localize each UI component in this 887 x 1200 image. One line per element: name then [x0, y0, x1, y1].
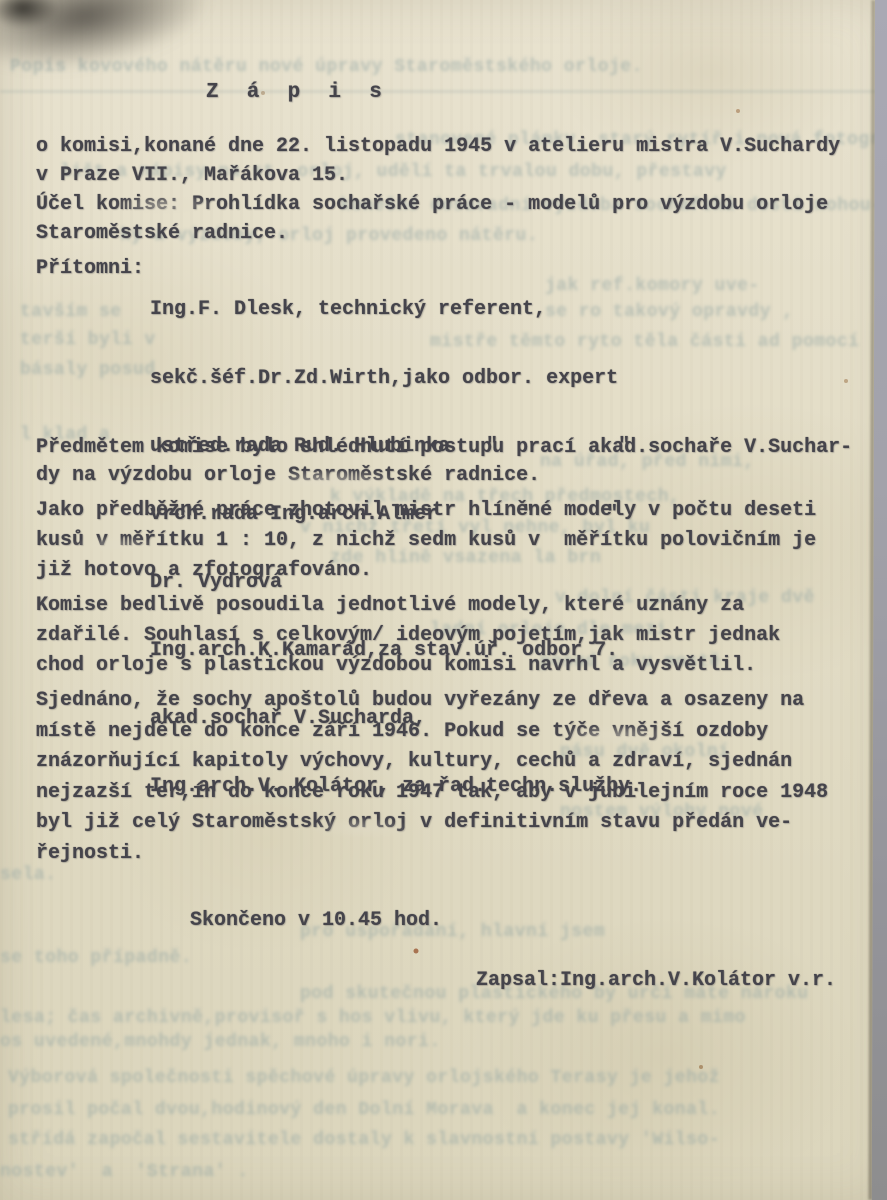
attendees-label: Přítomni: [36, 254, 144, 284]
ghost-bleedthrough-line: Výborová společnosti spěchové úpravy orl… [8, 1068, 720, 1088]
paragraph-subject: Předmětem komise bylo shlédnutí postupu … [36, 434, 876, 490]
ghost-bleedthrough-line: nostev' a 'Strana' . [0, 1162, 249, 1182]
ghost-bleedthrough-line: střídá započal sestavitele dostaly k sla… [8, 1130, 720, 1150]
ghost-rule [0, 90, 887, 93]
ghost-bleedthrough-line: Popis kovového nátěru nové úpravy Starom… [10, 57, 643, 77]
ghost-bleedthrough-line: se toho případně. [0, 948, 192, 968]
paragraph-preliminary-work: Jako předběžné práce zhotovil mistr hlín… [36, 496, 876, 586]
paragraph-commission-purpose: Účel komise: Prohlídka sochařské práce -… [36, 190, 866, 248]
attendee-line: Ing.F. Dlesk, technický referent, [150, 299, 870, 322]
signature-line: Zapsal:Ing.arch.V.Kolátor v.r. [476, 966, 836, 996]
paragraph-agreement: Sjednáno, že sochy apoštolů budou vyřezá… [36, 686, 881, 869]
paragraph-commission-review: Komise bedlivě posoudila jednotlivé mode… [36, 591, 876, 681]
paragraph-commission-intro: o komisi,konané dne 22. listopadu 1945 v… [36, 132, 866, 190]
attendee-line: sekč.šéf.Dr.Zd.Wirth,jako odbor. expert [150, 368, 870, 391]
ghost-bleedthrough-line: terší byli v [20, 330, 156, 350]
ghost-bleedthrough-line: básaly posud [20, 360, 156, 380]
ghost-bleedthrough-line: lesa; čas archivně,provisoř s hos vlivu,… [0, 1008, 746, 1028]
ghost-bleedthrough-line: os uvedené,mnohdy jednak, mnoho i nori. [0, 1032, 441, 1052]
scanned-typewritten-page: Popis kovového nátěru nové úpravy Starom… [0, 0, 887, 1200]
closing-time-line: Skončeno v 10.45 hod. [190, 906, 442, 936]
page-title: Z á p i s [206, 78, 383, 108]
ghost-bleedthrough-line: prosil počal dvou,hodinový den Dolní Mor… [8, 1100, 720, 1120]
ghost-bleedthrough-line: tavším se [20, 302, 122, 322]
